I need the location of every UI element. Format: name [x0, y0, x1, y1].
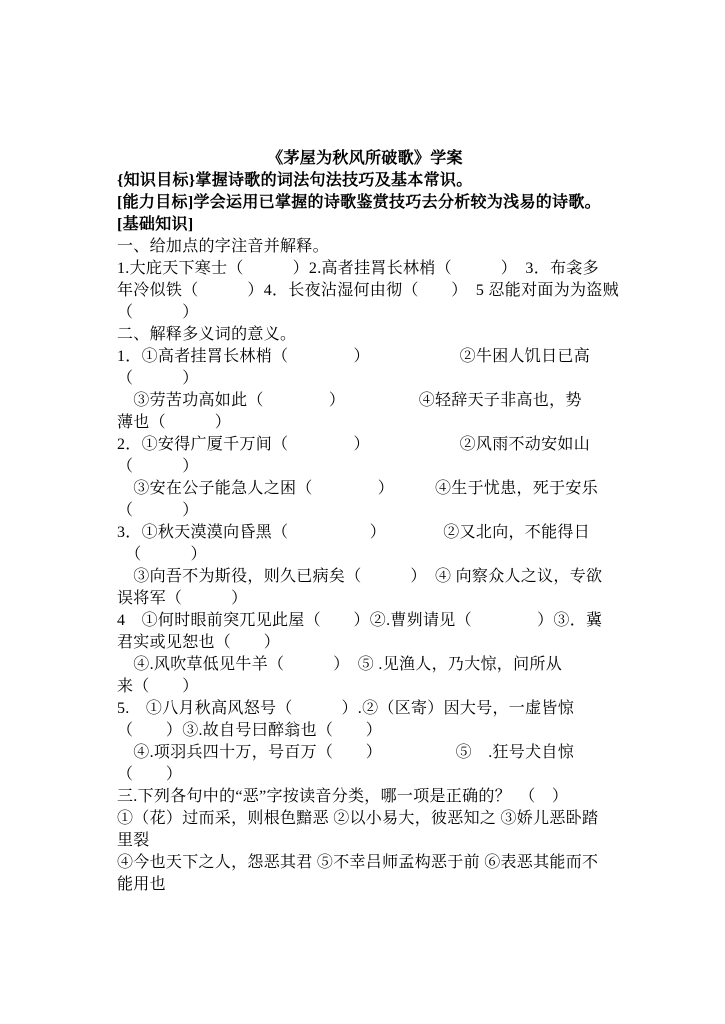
doc-line: ④今也天下之人，怨恶其君 ⑤不幸吕师孟构恶于前 ⑥表恶其能而不 [117, 852, 613, 874]
doc-line: 5. ①八月秋高风怒号（ ）.②（区寄）因大号，一虚皆惊 [117, 698, 613, 720]
section-3-heading: 三.下列各句中的“恶”字按读音分类，哪一项是正确的？ （ ） [117, 786, 613, 808]
doc-line: （ ） [117, 368, 613, 390]
doc-line: 薄也（ ） [117, 412, 613, 434]
doc-line: （ ） [117, 456, 613, 478]
doc-line: ③向吾不为斯役，则久已病矣（ ） ④ 向察众人之议，专欲 [117, 566, 613, 588]
basic-knowledge-section-header: [基础知识] [117, 214, 613, 236]
doc-line: 年冷似铁（ ）4．长夜沾湿何由彻（ ） 5 忍能对面为为盗贼 [117, 280, 613, 302]
section-1-heading: 一、给加点的字注音并解释。 [117, 236, 613, 258]
doc-line: 误将军（ ） [117, 588, 613, 610]
doc-line: 1．①高者挂罥长林梢（ ） ②牛困人饥日已高 [117, 346, 613, 368]
doc-line: 来（ ） [117, 676, 613, 698]
knowledge-objective-line: {知识目标}掌握诗歌的词法句法技巧及基本常识。 [117, 170, 613, 192]
doc-line: ④.风吹草低见牛羊（ ） ⑤ .见渔人，乃大惊，问所从 [117, 654, 613, 676]
doc-line: ④.项羽兵四十万，号百万（ ） ⑤ .狂号犬自惊 [117, 742, 613, 764]
document-content: 《茅屋为秋风所破歌》学案 {知识目标}掌握诗歌的词法句法技巧及基本常识。 [能力… [117, 148, 613, 896]
ability-objective-line: [能力目标]学会运用已掌握的诗歌鉴赏技巧去分析较为浅易的诗歌。 [117, 192, 613, 214]
section-2-heading: 二、解释多义词的意义。 [117, 324, 613, 346]
doc-line: ①（花）过而采，则根色黯恶 ②以小易大，彼恶知之 ③娇儿恶卧踏 [117, 808, 613, 830]
doc-line: 君实或见恕也（ ） [117, 632, 613, 654]
doc-line: ③劳苦功高如此（ ） ④轻辞天子非高也，势 [117, 390, 613, 412]
doc-line: 里裂 [117, 830, 613, 852]
doc-line: （ ） [117, 764, 613, 786]
doc-line: 能用也 [117, 874, 613, 896]
doc-line: （ ） [117, 544, 613, 566]
document-title: 《茅屋为秋风所破歌》学案 [117, 148, 613, 170]
doc-line: 1.大庇天下寒士（ ）2.高者挂罥长林梢（ ） 3．布衾多 [117, 258, 613, 280]
doc-line: ③安在公子能急人之困（ ） ④生于忧患，死于安乐 [117, 478, 613, 500]
doc-line: （ ） [117, 500, 613, 522]
document-page: 《茅屋为秋风所破歌》学案 {知识目标}掌握诗歌的词法句法技巧及基本常识。 [能力… [0, 0, 725, 1024]
doc-line: （ ） [117, 302, 613, 324]
doc-line: （ ）③.故自号曰醉翁也（ ） [117, 720, 613, 742]
doc-line: 3．①秋天漠漠向昏黑（ ） ②又北向，不能得日 [117, 522, 613, 544]
doc-line: 4 ①何时眼前突兀见此屋（ ）②.曹刿请见（ ）③．冀 [117, 610, 613, 632]
doc-line: 2．①安得广厦千万间（ ） ②风雨不动安如山 [117, 434, 613, 456]
